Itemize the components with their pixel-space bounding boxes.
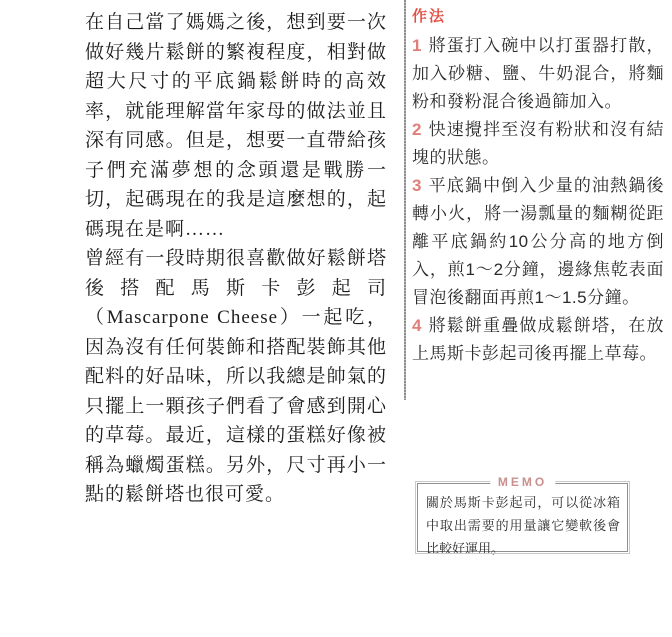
memo-box: MEMO 關於馬斯卡彭起司，可以從冰箱中取出需要的用量讓它變軟後會比較好運用。 xyxy=(417,483,628,552)
step-text: 將鬆餅重疊做成鬆餅塔，在放上馬斯卡彭起司後再擺上草莓。 xyxy=(412,316,664,363)
step-number: 3 xyxy=(412,176,422,195)
step-number: 4 xyxy=(412,316,422,335)
method-step: 3平底鍋中倒入少量的油熱鍋後轉小火，將一湯瓢量的麵糊從距離平底鍋約10公分高的地… xyxy=(412,172,664,312)
method-section-title: 作法 xyxy=(412,5,664,26)
step-text: 平底鍋中倒入少量的油熱鍋後轉小火，將一湯瓢量的麵糊從距離平底鍋約10公分高的地方… xyxy=(412,176,664,307)
step-number: 1 xyxy=(412,36,422,55)
step-number: 2 xyxy=(412,120,422,139)
method-step: 4將鬆餅重疊做成鬆餅塔，在放上馬斯卡彭起司後再擺上草莓。 xyxy=(412,312,664,368)
essay-paragraph: 在自己當了媽媽之後，想到要一次做好幾片鬆餅的繁複程度，相對做超大尺寸的平底鍋鬆餅… xyxy=(85,8,387,244)
essay-paragraph: 曾經有一段時期很喜歡做好鬆餅塔後搭配馬斯卡彭起司（Mascarpone Chee… xyxy=(85,244,387,510)
step-text: 將蛋打入碗中以打蛋器打散，加入砂糖、鹽、牛奶混合，將麵粉和發粉混合後過篩加入。 xyxy=(412,36,664,111)
step-text: 快速攪拌至沒有粉狀和沒有結塊的狀態。 xyxy=(412,120,664,167)
essay-column: 在自己當了媽媽之後，想到要一次做好幾片鬆餅的繁複程度，相對做超大尺寸的平底鍋鬆餅… xyxy=(85,8,387,510)
column-divider-line xyxy=(404,0,406,400)
method-column: 作法 1將蛋打入碗中以打蛋器打散，加入砂糖、鹽、牛奶混合，將麵粉和發粉混合後過篩… xyxy=(412,0,664,368)
method-step: 1將蛋打入碗中以打蛋器打散，加入砂糖、鹽、牛奶混合，將麵粉和發粉混合後過篩加入。 xyxy=(412,32,664,116)
memo-text: 關於馬斯卡彭起司，可以從冰箱中取出需要的用量讓它變軟後會比較好運用。 xyxy=(426,491,620,560)
method-step: 2快速攪拌至沒有粉狀和沒有結塊的狀態。 xyxy=(412,116,664,172)
method-steps-list: 1將蛋打入碗中以打蛋器打散，加入砂糖、鹽、牛奶混合，將麵粉和發粉混合後過篩加入。… xyxy=(412,32,664,368)
memo-label: MEMO xyxy=(490,475,555,489)
